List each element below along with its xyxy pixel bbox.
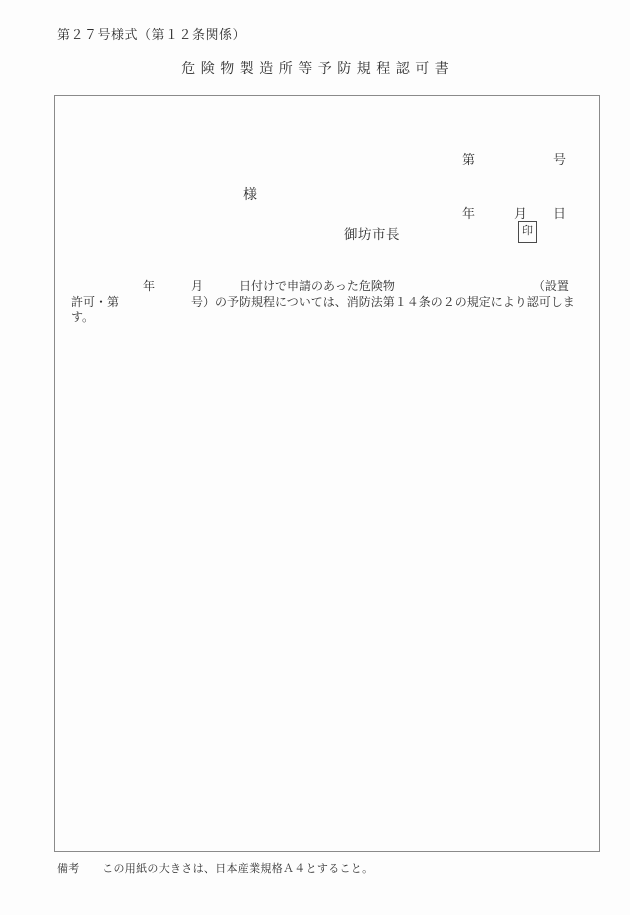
document-title: 危険物製造所等予防規程認可書 xyxy=(0,58,630,78)
body-line-3: す。 xyxy=(71,310,595,326)
certificate-page: 第２７号様式（第１２条関係） 危険物製造所等予防規程認可書 第 号 年 月 日 … xyxy=(0,0,630,915)
seal-stamp-box: 印 xyxy=(518,221,537,243)
signer-title: 御坊市長 xyxy=(344,223,400,243)
remark-note: 備考 この用紙の大きさは、日本産業規格Ａ４とすること。 xyxy=(57,860,373,876)
certificate-frame: 第 号 年 月 日 様 御坊市長 印 年 月 日付けで申請のあった危険物 （設置… xyxy=(54,95,600,852)
form-number-label: 第２７号様式（第１２条関係） xyxy=(57,24,246,43)
signer-row: 御坊市長 印 xyxy=(55,221,601,245)
body-paragraph: 年 月 日付けで申請のあった危険物 （設置 許可・第 号）の予防規程については、… xyxy=(71,279,595,326)
addressee-suffix: 様 xyxy=(243,184,257,204)
document-number-line: 第 号 xyxy=(462,151,566,169)
body-line-1: 年 月 日付けで申請のあった危険物 （設置 xyxy=(71,279,595,295)
body-line-2: 許可・第 号）の予防規程については、消防法第１４条の２の規定により認可しま xyxy=(71,295,595,311)
